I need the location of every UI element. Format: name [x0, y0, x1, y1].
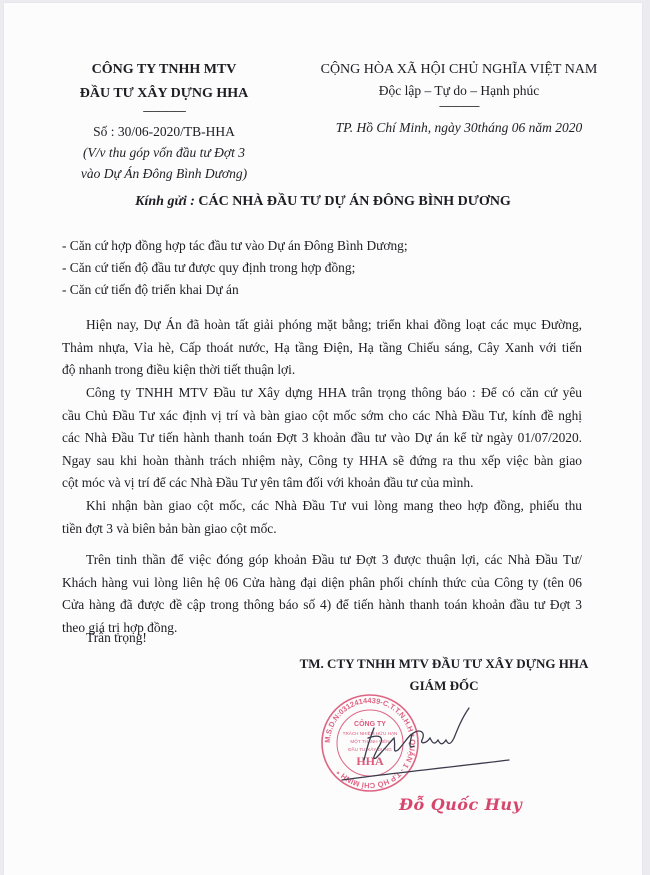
company-name-line2: ĐẦU TƯ XÂY DỰNG HHA — [4, 86, 324, 102]
signer-name: Đỗ Quốc Huy — [399, 795, 522, 814]
company-name-line1: CÔNG TY TNHH MTV — [4, 62, 324, 78]
nation-title: CỘNG HÒA XÃ HỘI CHỦ NGHĨA VIỆT NAM — [284, 62, 634, 78]
basis-item: - Căn cứ hợp đồng hợp tác đầu tư vào Dự … — [62, 235, 408, 257]
closing-greeting: Trân trọng! — [86, 630, 147, 646]
signature-title: GIÁM ĐỐC — [294, 678, 594, 694]
national-motto: Độc lập – Tự do – Hạnh phúc — [284, 83, 634, 99]
subject-line2: vào Dự Án Đông Bình Dương) — [4, 166, 324, 182]
subject-line1: (V/v thu góp vốn đầu tư Đợt 3 — [4, 145, 324, 161]
left-divider: ---------------- — [4, 105, 324, 117]
recipient-name: CÁC NHÀ ĐẦU TƯ DỰ ÁN ĐÔNG BÌNH DƯƠNG — [198, 194, 510, 209]
signature-org: TM. CTY TNHH MTV ĐẦU TƯ XÂY DỰNG HHA — [294, 656, 594, 672]
recipient-line: Kính gửi : CÁC NHÀ ĐẦU TƯ DỰ ÁN ĐÔNG BÌN… — [4, 194, 642, 210]
paragraph-notice: Công ty TNHH MTV Đầu tư Xây dựng HHA trâ… — [62, 382, 582, 495]
paragraph-payment: Trên tinh thần để việc đóng góp khoản Đầ… — [62, 549, 582, 639]
document-number: Số : 30/06-2020/TB-HHA — [4, 124, 324, 140]
basis-item: - Căn cứ tiến độ đầu tư được quy định tr… — [62, 257, 355, 279]
basis-item: - Căn cứ tiến độ triển khai Dự án — [62, 279, 239, 301]
right-divider: --------------- — [284, 100, 634, 112]
document-page: CÔNG TY TNHH MTV ĐẦU TƯ XÂY DỰNG HHA ---… — [4, 3, 642, 875]
place-date: TP. Hồ Chí Minh, ngày 30tháng 06 năm 202… — [284, 120, 634, 136]
handwritten-signature-icon — [334, 698, 514, 788]
paragraph-handover: Khi nhận bàn giao cột mốc, các Nhà Đầu T… — [62, 495, 582, 540]
recipient-prefix: Kính gửi : — [135, 194, 198, 209]
paragraph-progress: Hiện nay, Dự Án đã hoàn tất giải phóng m… — [62, 314, 582, 382]
